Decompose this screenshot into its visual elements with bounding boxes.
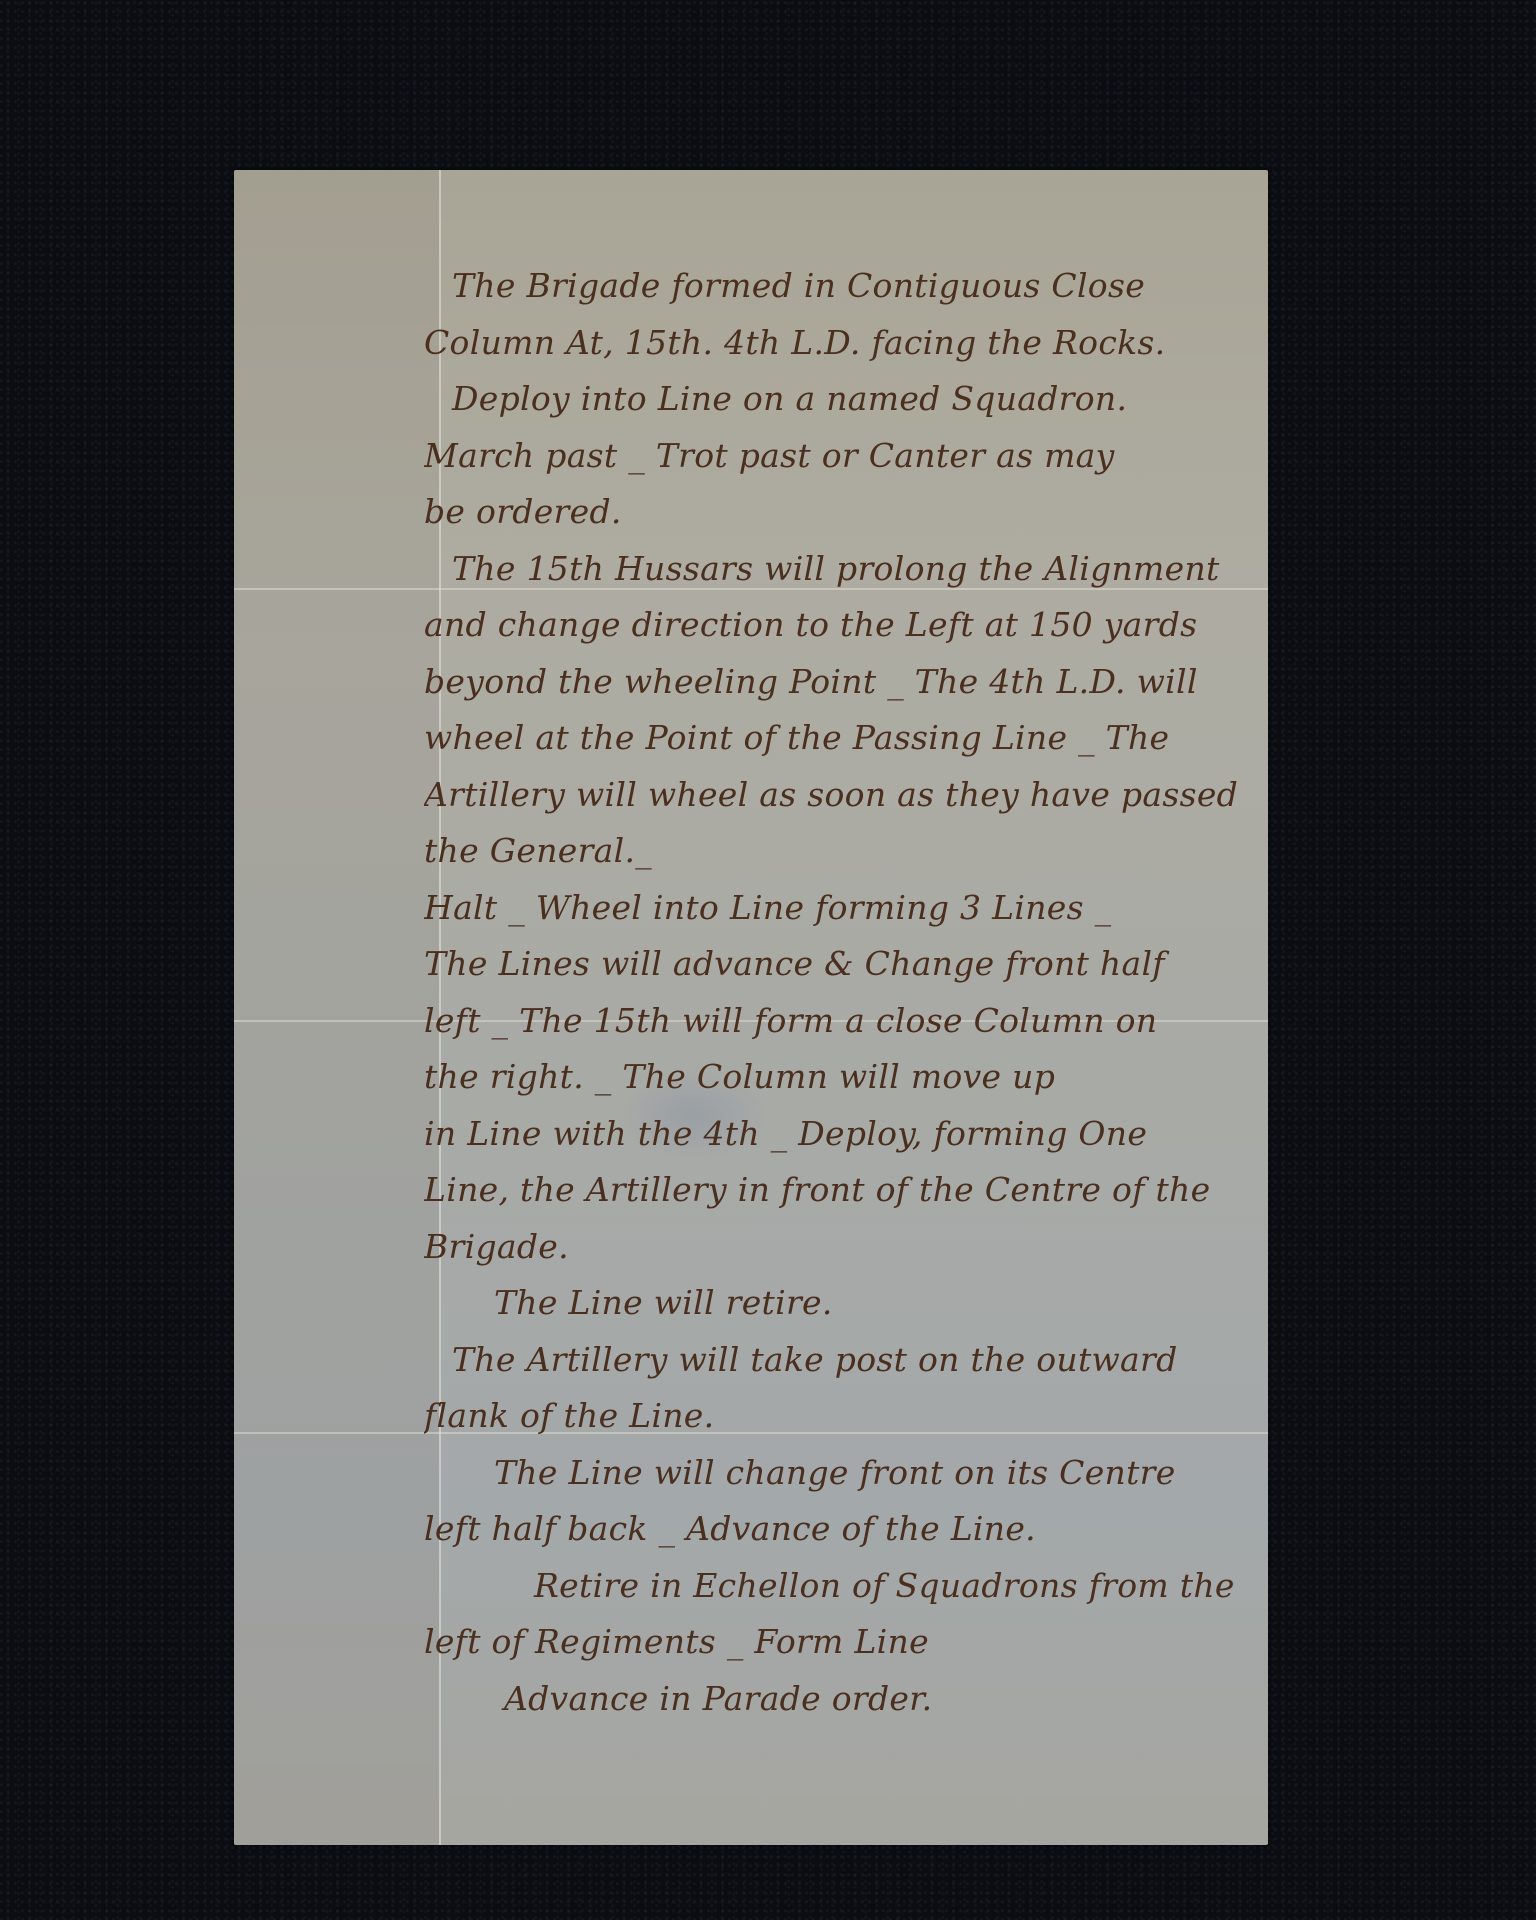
text-line: beyond the wheeling Point _ The 4th L.D.…	[424, 654, 1254, 711]
text-line: March past _ Trot past or Canter as may	[424, 428, 1254, 485]
text-line: be ordered.	[424, 484, 1254, 541]
text-line: Artillery will wheel as soon as they hav…	[424, 767, 1254, 824]
text-line: wheel at the Point of the Passing Line _…	[424, 710, 1254, 767]
handwritten-text: The Brigade formed in Contiguous Close C…	[424, 258, 1254, 1727]
manuscript-page: The Brigade formed in Contiguous Close C…	[234, 170, 1268, 1845]
text-line: Column At, 15th. 4th L.D. facing the Roc…	[424, 315, 1254, 372]
text-line: The Brigade formed in Contiguous Close	[424, 258, 1254, 315]
text-line: flank of the Line.	[424, 1388, 1254, 1445]
text-line: The Line will retire.	[424, 1275, 1254, 1332]
text-line: Line, the Artillery in front of the Cent…	[424, 1162, 1254, 1219]
text-line: The 15th Hussars will prolong the Alignm…	[424, 541, 1254, 598]
text-line: The Line will change front on its Centre	[424, 1445, 1254, 1502]
text-line: The Artillery will take post on the outw…	[424, 1332, 1254, 1389]
text-line: The Lines will advance & Change front ha…	[424, 936, 1254, 993]
text-line: and change direction to the Left at 150 …	[424, 597, 1254, 654]
text-line: Retire in Echellon of Squadrons from the	[424, 1558, 1254, 1615]
text-line: the General._	[424, 823, 1254, 880]
text-line: left half back _ Advance of the Line.	[424, 1501, 1254, 1558]
left-fold-panel	[234, 170, 439, 1845]
text-line: Advance in Parade order.	[424, 1671, 1254, 1728]
text-line: Halt _ Wheel into Line forming 3 Lines _	[424, 880, 1254, 937]
text-line: Deploy into Line on a named Squadron.	[424, 371, 1254, 428]
text-line: Brigade.	[424, 1219, 1254, 1276]
text-line: the right. _ The Column will move up	[424, 1049, 1254, 1106]
text-line: in Line with the 4th _ Deploy, forming O…	[424, 1106, 1254, 1163]
text-line: left of Regiments _ Form Line	[424, 1614, 1254, 1671]
text-line: left _ The 15th will form a close Column…	[424, 993, 1254, 1050]
